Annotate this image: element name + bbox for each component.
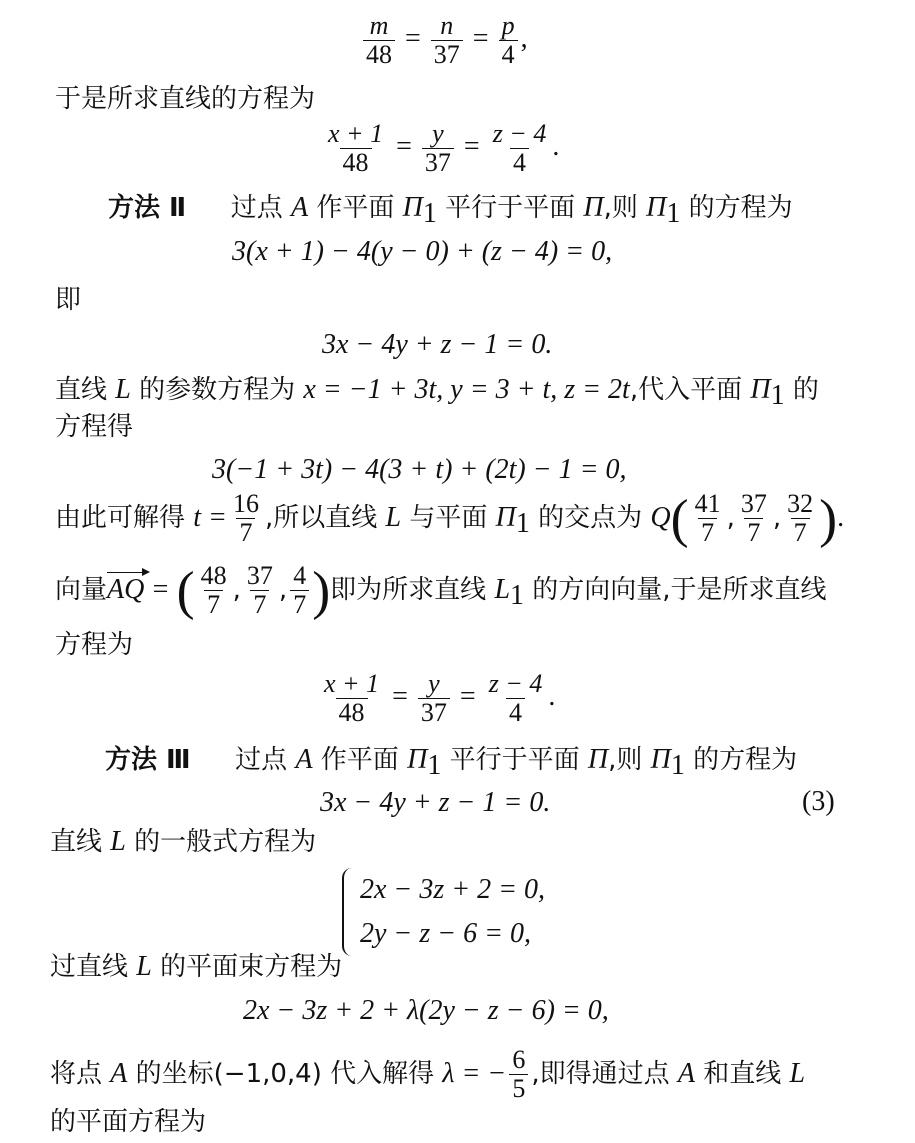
- substitution-equation: 3(−1 + 3t) − 4(3 + t) + (2t) − 1 = 0,: [212, 453, 627, 487]
- pencil-equation: 2x − 3z + 2 + λ(2y − z − 6) = 0,: [243, 994, 609, 1028]
- pencil-heading: 过直线 L 的平面束方程为: [50, 950, 342, 984]
- lambda-line: 将点 A 的坐标(−1,0,4) 代入解得 λ = −65,即得通过点 A 和直…: [50, 1046, 805, 1103]
- text-line: 即: [55, 283, 81, 317]
- direction-vector-line: 向量AQ = (487,377,47)即为所求直线 L1 的方向向量,于是所求直…: [55, 562, 827, 619]
- method-2-heading: 方法 Ⅱ 过点 A 作平面 Π1 平行于平面 Π,则 Π1 的方程为: [108, 191, 793, 231]
- general-form-line: 直线 L 的一般式方程为: [50, 825, 316, 859]
- text-line: 的平面方程为: [50, 1105, 206, 1139]
- system-equation-2: 2y − z − 6 = 0,: [360, 912, 545, 956]
- text-line: 方程为: [55, 628, 133, 662]
- parametric-line: 直线 L 的参数方程为 x = −1 + 3t, y = 3 + t, z = …: [55, 373, 819, 413]
- method-3-label: 方法 Ⅲ: [105, 745, 191, 775]
- method-3-heading: 方法 Ⅲ 过点 A 作平面 Π1 平行于平面 Π,则 Π1 的方程为: [105, 743, 797, 783]
- equation-number: (3): [802, 786, 835, 818]
- line-equation-2: x + 148 = y37 = z − 44.: [318, 670, 555, 727]
- plane-equation-3: 3x − 4y + z − 1 = 0.: [320, 786, 550, 820]
- vector-AQ: AQ: [107, 573, 144, 607]
- text-line: 方程得: [55, 410, 133, 444]
- plane-equation: 3x − 4y + z − 1 = 0.: [322, 328, 552, 362]
- system-equation-1: 2x − 3z + 2 = 0,: [360, 868, 545, 912]
- method-2-label: 方法 Ⅱ: [108, 193, 186, 223]
- solution-line: 由此可解得 t =167,所以直线 L 与平面 Π1 的交点为 Q(417,37…: [55, 490, 844, 547]
- left-brace: [342, 868, 354, 956]
- line-equation-1: x + 148 = y37 = z − 44.: [322, 120, 559, 177]
- equation-system: 2x − 3z + 2 = 0, 2y − z − 6 = 0,: [342, 868, 545, 956]
- direction-ratio-equation: m48 = n37 = p4,: [360, 12, 528, 69]
- textbook-page: m48 = n37 = p4, 于是所求直线的方程为 x + 148 = y37…: [0, 0, 915, 1143]
- text-line: 于是所求直线的方程为: [55, 82, 315, 116]
- plane-expanded-equation: 3(x + 1) − 4(y − 0) + (z − 4) = 0,: [232, 235, 612, 269]
